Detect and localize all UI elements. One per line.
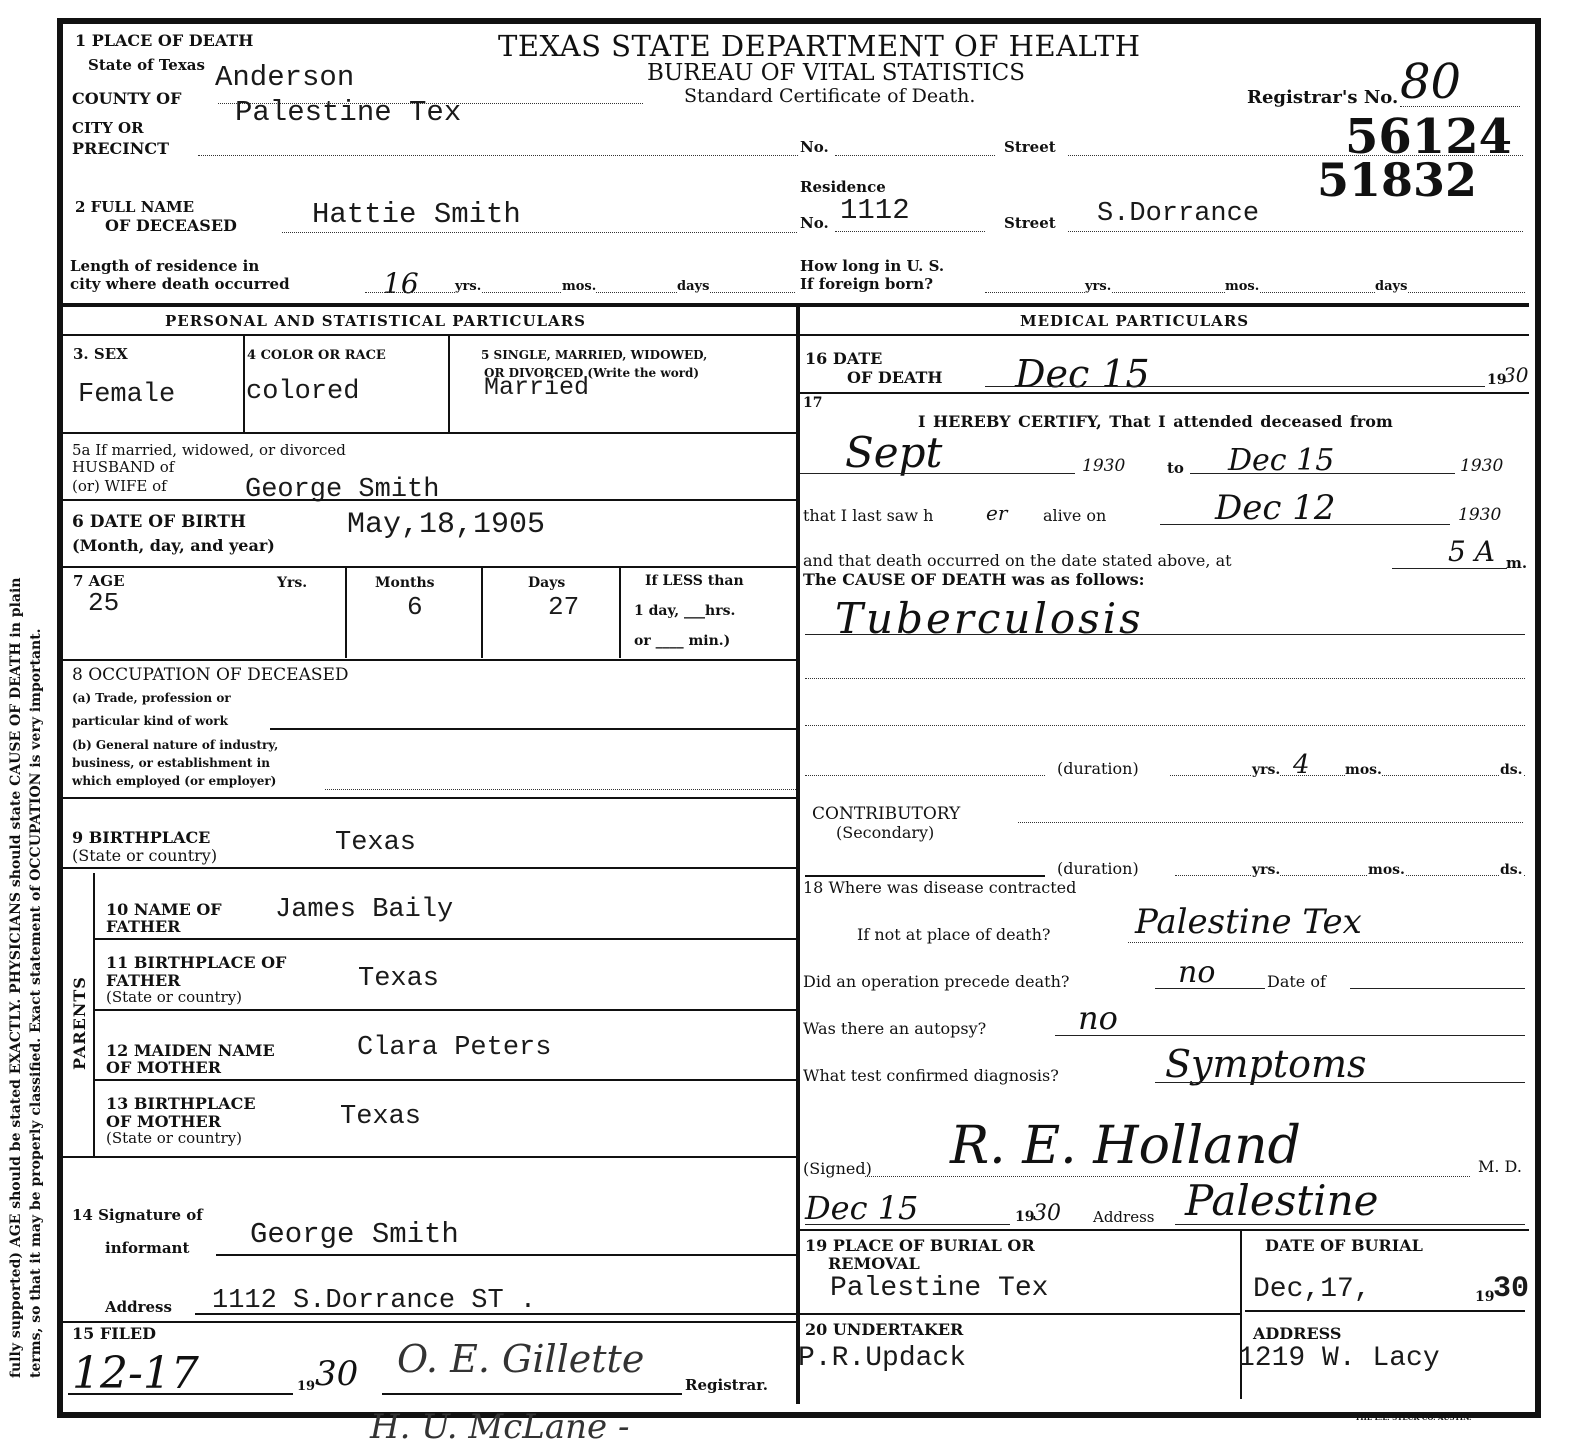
father-birthplace-label-1: 11 BIRTHPLACE OF	[106, 955, 286, 971]
attended-from-value: Sept	[845, 432, 942, 474]
signed-line	[865, 1176, 1470, 1177]
city-value: Palestine Tex	[235, 98, 461, 127]
undertaker-label: 20 UNDERTAKER	[805, 1322, 963, 1338]
where-contracted-line	[1128, 942, 1523, 943]
registrar-no-label: Registrar's No.	[1247, 89, 1398, 107]
birthplace-label-2: (State or country)	[72, 848, 217, 864]
burial-place-label-1: 19 PLACE OF BURIAL OR	[805, 1238, 1035, 1254]
duration2-mos-label: mos.	[1368, 863, 1405, 877]
row-divider-5a	[63, 499, 796, 501]
contributory-label-2: (Secondary)	[836, 825, 934, 841]
last-saw-value: Dec 12	[1215, 491, 1336, 525]
operation-value: no	[1178, 958, 1215, 988]
dob-label-2: (Month, day, and year)	[72, 538, 275, 554]
duration-mos-value: 4	[1293, 752, 1310, 778]
test-line	[1155, 1082, 1525, 1083]
document-subtitle: BUREAU OF VITAL STATISTICS	[647, 62, 1025, 85]
where-contracted-value: Palestine Tex	[1135, 905, 1362, 939]
death-time-line	[1392, 568, 1507, 569]
age-days-label: Days	[528, 576, 565, 590]
age-yrs-value: 25	[88, 590, 119, 616]
filed-date-line	[68, 1393, 293, 1395]
undertaker-value: P.R.Updack	[798, 1345, 966, 1373]
duration2-ds-label: ds.	[1500, 863, 1523, 877]
city-line	[198, 155, 798, 156]
age-label: 7 AGE	[73, 574, 125, 589]
duration2-yrs-label: yrs.	[1252, 863, 1280, 877]
where-contracted-label-2: If not at place of death?	[857, 927, 1050, 943]
dob-label-1: 6 DATE OF BIRTH	[72, 514, 246, 531]
residence-no-label: No.	[800, 216, 829, 231]
mother-birthplace-label-3: (State or country)	[106, 1131, 242, 1146]
age-months-label: Months	[375, 576, 435, 590]
marital-label-1: 5 SINGLE, MARRIED, WIDOWED,	[481, 349, 707, 361]
us-mos-label: mos.	[1225, 280, 1259, 293]
last-saw-line	[1160, 524, 1450, 525]
full-name-label-1: 2 FULL NAME	[75, 200, 194, 215]
cause-line-1	[805, 634, 1525, 635]
burial-date-value: Dec,17,	[1253, 1276, 1371, 1304]
autopsy-value: no	[1078, 1002, 1118, 1034]
column-divider	[796, 307, 800, 1404]
undertaker-address-value: 1219 W. Lacy	[1238, 1345, 1440, 1373]
duration-ds-label: ds.	[1500, 763, 1523, 777]
filed-year-value: 30	[315, 1357, 358, 1391]
full-name-label-2: OF DECEASED	[105, 218, 237, 234]
attended-to-line	[1190, 473, 1455, 474]
row-divider-7	[63, 659, 796, 661]
duration-yrs-label: yrs.	[1252, 763, 1280, 777]
personal-section-title: PERSONAL AND STATISTICAL PARTICULARS	[165, 314, 586, 329]
last-saw-year: 1930	[1458, 507, 1501, 524]
burial-year: 30	[1493, 1274, 1529, 1304]
informant-label-2: informant	[105, 1241, 189, 1256]
row-divider-11	[93, 1009, 796, 1011]
personal-title-underline	[63, 334, 796, 336]
duration2-label: (duration)	[1057, 861, 1139, 877]
filed-year-prefix: 19	[297, 1380, 315, 1393]
occupation-a-line	[270, 728, 796, 730]
date-of-death-line	[985, 386, 1485, 387]
age-divider-2	[481, 568, 483, 658]
mother-birthplace-label-1: 13 BIRTHPLACE	[106, 1096, 256, 1112]
date-of-death-year: 30	[1503, 365, 1528, 385]
item-17-label: 17	[803, 396, 822, 410]
md-label: M. D.	[1478, 1159, 1522, 1175]
last-saw-pronoun: er	[986, 503, 1007, 523]
city-label-1: CITY OR	[72, 121, 144, 136]
occupation-b-label-3: which employed (or employer)	[72, 775, 276, 787]
informant-address-line	[195, 1313, 796, 1315]
father-birthplace-value: Texas	[358, 966, 439, 993]
filed-registrar-line	[382, 1393, 682, 1395]
informant-signature-value: George Smith	[250, 1220, 459, 1249]
street-label: Street	[1004, 140, 1056, 155]
signed-label: (Signed)	[803, 1161, 872, 1177]
days-label: days	[677, 280, 709, 293]
informant-address-value: 1112 S.Dorrance ST .	[212, 1288, 536, 1315]
last-saw-label-2: alive on	[1043, 508, 1106, 524]
no-label: No.	[800, 140, 829, 155]
burial-place-value: Palestine Tex	[830, 1275, 1048, 1303]
signed-year: 30	[1033, 1203, 1061, 1225]
operation-date-line	[1350, 988, 1525, 989]
mother-name-label-1: 12 MAIDEN NAME	[106, 1043, 275, 1059]
length-residence-label-1: Length of residence in	[70, 259, 259, 274]
attended-to-year: 1930	[1460, 458, 1503, 475]
age-divider-3	[619, 568, 621, 658]
attended-from-year: 1930	[1082, 458, 1125, 475]
signed-address-value: Palestine	[1185, 1180, 1378, 1222]
us-label-2: If foreign born?	[800, 277, 933, 292]
burial-year-prefix: 19	[1475, 1290, 1494, 1304]
father-birthplace-label-3: (State or country)	[106, 990, 242, 1005]
residence-street-line	[1068, 231, 1523, 232]
date-of-death-value: Dec 15	[1015, 355, 1150, 393]
duration2-values-line	[1175, 875, 1525, 876]
spouse-label-2: HUSBAND of	[72, 460, 174, 475]
registrar-signature: O. E. Gillette	[397, 1340, 644, 1378]
parents-side-label: PARENTS	[70, 976, 89, 1070]
signed-value: R. E. Holland	[950, 1120, 1301, 1172]
birthplace-label-1: 9 BIRTHPLACE	[72, 830, 210, 846]
full-name-line	[282, 232, 797, 233]
row-divider-14	[63, 1321, 796, 1323]
cause-line-2	[805, 678, 1525, 679]
where-contracted-label-1: 18 Where was disease contracted	[803, 880, 1076, 896]
cause-line-3	[805, 725, 1525, 726]
contributory-label-1: CONTRIBUTORY	[812, 806, 960, 823]
burial-date-underline	[1245, 1310, 1525, 1312]
cause-label: The CAUSE OF DEATH was as follows:	[803, 572, 1145, 588]
spouse-label-1: 5a If married, widowed, or divorced	[72, 443, 346, 458]
printer-mark: THE E.L. STECK CO. AUSTIN.	[1355, 1414, 1471, 1421]
form-name: Standard Certificate of Death.	[684, 87, 975, 106]
death-time-suffix: m.	[1506, 556, 1527, 571]
certify-text: I HEREBY CERTIFY, That I attended deceas…	[918, 414, 1393, 430]
age-days-value: 27	[548, 594, 579, 620]
date-of-death-label-1: 16 DATE	[805, 351, 882, 367]
us-yrs-label: yrs.	[1085, 280, 1111, 293]
age-yrs-label: Yrs.	[277, 576, 307, 590]
less-label-1: If LESS than	[645, 574, 744, 588]
occupation-b-label-1: (b) General nature of industry,	[72, 739, 278, 751]
age-divider-1	[345, 568, 347, 658]
father-name-value: James Baily	[275, 897, 453, 924]
yrs-label: yrs.	[455, 280, 481, 293]
length-yrs-value: 16	[383, 270, 419, 298]
operation-date-label: Date of	[1267, 974, 1326, 990]
row-divider-19	[800, 1313, 1240, 1315]
autopsy-label: Was there an autopsy?	[803, 1021, 986, 1037]
signed-address-label: Address	[1093, 1210, 1154, 1225]
side-instruction-line-2: terms, so that it may be properly classi…	[28, 628, 44, 1378]
mother-birthplace-value: Texas	[340, 1104, 421, 1131]
attended-from-line	[800, 473, 1075, 474]
residence-no-value: 1112	[840, 196, 910, 225]
row-divider-8	[63, 797, 796, 799]
medical-section-title: MEDICAL PARTICULARS	[1020, 314, 1249, 329]
mother-name-label-2: OF MOTHER	[106, 1060, 221, 1076]
race-label: 4 COLOR OR RACE	[247, 349, 386, 362]
occupation-b-label-2: business, or establishment in	[72, 757, 270, 769]
medical-title-underline	[800, 334, 1529, 336]
row-divider-16	[800, 392, 1529, 394]
residence-no-line	[835, 231, 985, 232]
registrar-label: Registrar.	[685, 1378, 768, 1393]
contributory-line	[1018, 822, 1523, 823]
race-value: colored	[246, 379, 359, 406]
race-marital-divider	[448, 336, 450, 432]
occupation-a-label-1: (a) Trade, profession or	[72, 692, 231, 704]
city-label-2: PRECINCT	[72, 141, 169, 157]
length-residence-label-2: city where death occurred	[70, 277, 290, 292]
state-label: State of Texas	[88, 58, 205, 73]
filed-label: 15 FILED	[72, 1326, 156, 1342]
county-label: COUNTY OF	[72, 91, 181, 107]
stamp-number-2: 51832	[1317, 157, 1477, 203]
sex-label: 3. SEX	[73, 347, 128, 362]
less-label-2: 1 day, ___hrs.	[634, 604, 735, 618]
row-divider-6	[63, 566, 796, 568]
signed-address-line	[1175, 1224, 1525, 1225]
spouse-label-3: (or) WIFE of	[72, 479, 167, 494]
document-title: TEXAS STATE DEPARTMENT OF HEALTH	[498, 32, 1141, 61]
informant-address-label: Address	[105, 1300, 172, 1315]
burial-date-label: DATE OF BURIAL	[1265, 1238, 1423, 1254]
place-of-death-label: 1 PLACE OF DEATH	[75, 33, 253, 49]
occupation-b-line	[325, 789, 796, 790]
registrar-no-value: 80	[1400, 58, 1461, 106]
test-value: Symptoms	[1165, 1045, 1367, 1083]
residence-street-label: Street	[1004, 216, 1056, 231]
row-divider-3	[63, 432, 796, 434]
no-line	[835, 155, 995, 156]
row-divider-13	[63, 1156, 796, 1158]
father-birthplace-label-2: FATHER	[106, 973, 180, 989]
informant-line	[216, 1254, 796, 1256]
below-frame-signature: H. U. McLane -	[370, 1410, 629, 1444]
operation-label: Did an operation precede death?	[803, 974, 1069, 990]
mother-birthplace-label-2: OF MOTHER	[106, 1114, 221, 1130]
duration-blank-line	[805, 775, 1045, 776]
us-label-1: How long in U. S.	[800, 259, 944, 274]
father-name-label-2: FATHER	[106, 919, 180, 935]
autopsy-line	[1055, 1035, 1525, 1036]
signed-year-prefix: 19	[1015, 1210, 1034, 1224]
to-label: to	[1167, 461, 1184, 476]
signed-date-line	[805, 1224, 1010, 1225]
less-label-3: or ____ min.)	[634, 634, 730, 648]
informant-label-1: 14 Signature of	[72, 1208, 203, 1223]
occupation-label: 8 OCCUPATION OF DECEASED	[72, 667, 349, 684]
mother-name-value: Clara Peters	[357, 1035, 551, 1062]
us-days-label: days	[1375, 280, 1407, 293]
test-label: What test confirmed diagnosis?	[803, 1068, 1059, 1084]
burial-place-label-2: REMOVAL	[828, 1256, 920, 1272]
operation-line	[1155, 988, 1265, 989]
death-time-value: 5 A	[1448, 538, 1495, 566]
dob-value: May,18,1905	[347, 510, 545, 540]
undertaker-address-label: ADDRESS	[1253, 1326, 1341, 1342]
residence-street-value: S.Dorrance	[1097, 201, 1259, 228]
sex-value: Female	[78, 382, 175, 409]
row-divider-burial	[800, 1229, 1529, 1231]
row-divider-9	[63, 867, 796, 869]
mos-label: mos.	[562, 280, 596, 293]
father-name-label-1: 10 NAME OF	[106, 902, 222, 918]
duration-mos-label: mos.	[1345, 763, 1382, 777]
attended-to-value: Dec 15	[1228, 446, 1334, 476]
full-name-value: Hattie Smith	[312, 200, 521, 229]
marital-value: Married	[484, 375, 589, 400]
signed-date-value: Dec 15	[805, 1192, 918, 1224]
birthplace-value: Texas	[335, 830, 416, 857]
residence-label: Residence	[800, 180, 886, 195]
date-of-death-label-2: OF DEATH	[847, 370, 943, 386]
side-instruction-line-1: fully supported) AGE should be stated EX…	[8, 578, 24, 1378]
row-divider-12	[93, 1079, 796, 1081]
sex-race-divider	[243, 336, 245, 432]
row-divider-10	[93, 938, 796, 940]
last-saw-label-1: that I last saw h	[803, 508, 933, 524]
county-value: Anderson	[215, 63, 354, 92]
occupation-a-label-2: particular kind of work	[72, 715, 228, 727]
filed-date-value: 12-17	[72, 1352, 199, 1396]
duration2-blank-line	[805, 875, 1045, 877]
duration-label: (duration)	[1057, 761, 1139, 777]
age-months-value: 6	[407, 594, 423, 620]
parents-divider	[93, 873, 95, 1158]
death-time-label: and that death occurred on the date stat…	[803, 553, 1232, 569]
